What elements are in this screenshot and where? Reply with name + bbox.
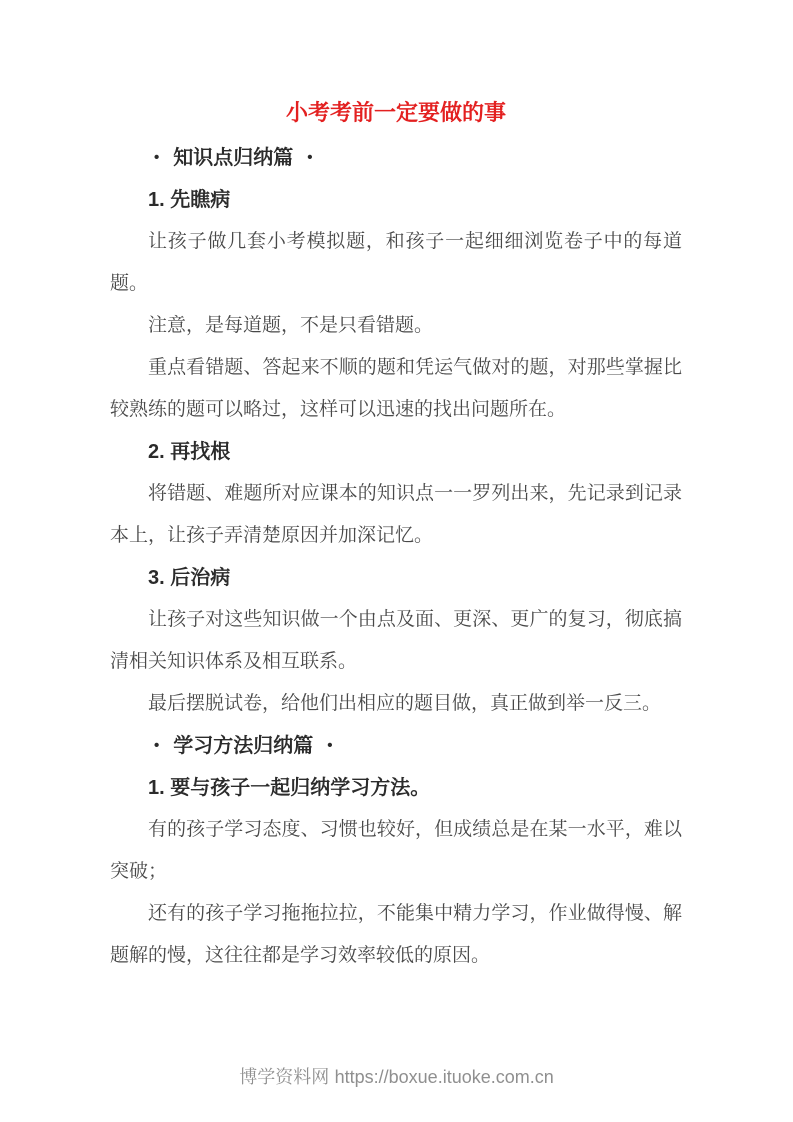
footer-url: https://boxue.ituoke.com.cn xyxy=(335,1067,554,1087)
bullet-icon: • xyxy=(154,149,159,166)
document-title: 小考考前一定要做的事 xyxy=(110,92,682,134)
section-heading-knowledge-points: •知识点归纳篇• xyxy=(110,137,682,179)
bullet-icon: • xyxy=(327,737,332,754)
document-page: 小考考前一定要做的事 •知识点归纳篇• 1. 先瞧病 让孩子做几套小考模拟题，和… xyxy=(0,0,793,1122)
paragraph: 注意，是每道题，不是只看错题。 xyxy=(110,305,682,347)
footer-site-name: 博学资料网 xyxy=(239,1067,329,1087)
document-body: 小考考前一定要做的事 •知识点归纳篇• 1. 先瞧病 让孩子做几套小考模拟题，和… xyxy=(110,92,682,977)
subheading-3-cure: 3. 后治病 xyxy=(110,557,682,599)
paragraph: 让孩子对这些知识做一个由点及面、更深、更广的复习，彻底搞清相关知识体系及相互联系… xyxy=(110,599,682,683)
paragraph: 还有的孩子学习拖拖拉拉，不能集中精力学习，作业做得慢、解题解的慢，这往往都是学习… xyxy=(110,893,682,977)
section-heading-study-methods: •学习方法归纳篇• xyxy=(110,725,682,767)
subheading-2-find-root: 2. 再找根 xyxy=(110,431,682,473)
bullet-icon: • xyxy=(307,149,312,166)
paragraph: 让孩子做几套小考模拟题，和孩子一起细细浏览卷子中的每道题。 xyxy=(110,221,682,305)
subheading-1-summarize-methods: 1. 要与孩子一起归纳学习方法。 xyxy=(110,767,682,809)
paragraph: 有的孩子学习态度、习惯也较好，但成绩总是在某一水平，难以突破； xyxy=(110,809,682,893)
section-heading-label: 知识点归纳篇 xyxy=(173,147,293,169)
paragraph: 将错题、难题所对应课本的知识点一一罗列出来，先记录到记录本上，让孩子弄清楚原因并… xyxy=(110,473,682,557)
paragraph: 最后摆脱试卷，给他们出相应的题目做，真正做到举一反三。 xyxy=(110,683,682,725)
bullet-icon: • xyxy=(154,737,159,754)
page-footer: 博学资料网https://boxue.ituoke.com.cn xyxy=(0,1066,793,1088)
paragraph: 重点看错题、答起来不顺的题和凭运气做对的题，对那些掌握比较熟练的题可以略过，这样… xyxy=(110,347,682,431)
section-heading-label: 学习方法归纳篇 xyxy=(173,735,313,757)
subheading-1-diagnose: 1. 先瞧病 xyxy=(110,179,682,221)
